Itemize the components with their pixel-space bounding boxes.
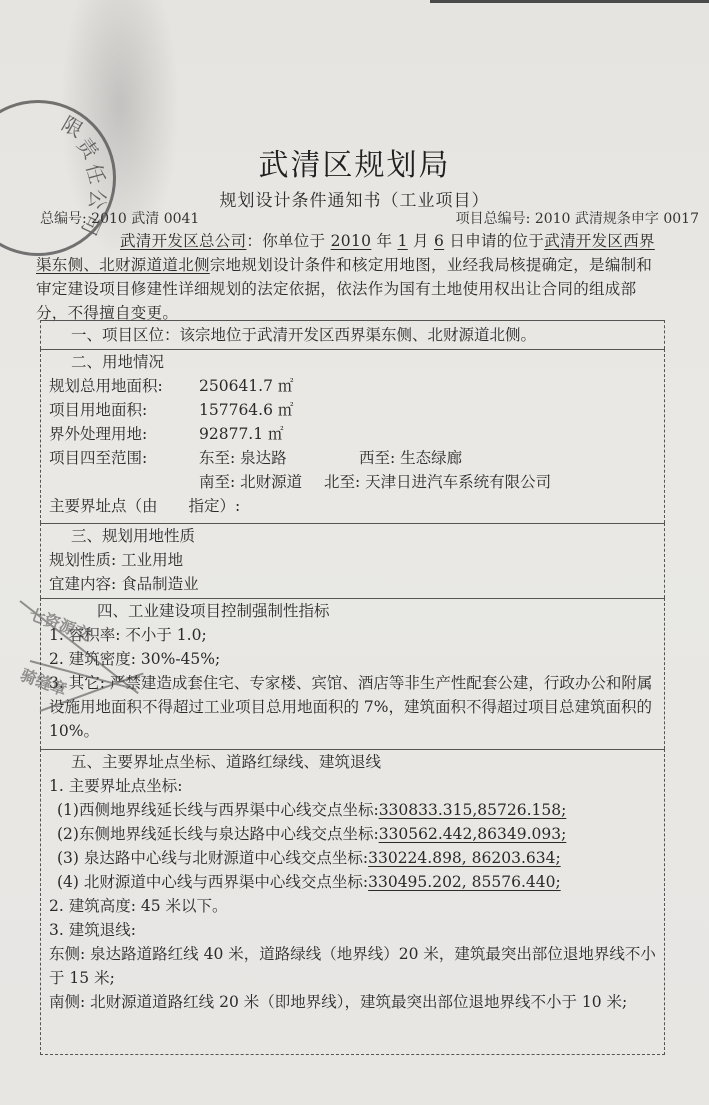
intro-text: 日申请的位于 bbox=[444, 232, 544, 250]
bounds-row: 南至: 北财源道北至: 天津日进汽车系统有限公司 bbox=[49, 470, 664, 494]
boundary-points-label: 主要界址点（由 指定）: bbox=[49, 494, 664, 518]
section-land-nature-heading: 三、规划用地性质 bbox=[49, 524, 664, 548]
bounds-row: 项目四至范围:东至: 泉达路西至: 生态绿廊 bbox=[49, 446, 664, 470]
document-page: 武清区规划局 规划设计条件通知书（工业项目） 总编号: 2010 武清 0041… bbox=[0, 0, 709, 1105]
project-number-value: 2010 武清规条申字 0017 bbox=[535, 211, 699, 227]
bound-south: 南至: 北财源道 bbox=[199, 470, 324, 494]
setback-south: 南侧: 北财源道道路红线 20 米（即地界线），建筑最突出部位退地界线不小于 1… bbox=[49, 990, 664, 1014]
intro-text: 年 bbox=[371, 232, 397, 250]
coordinate-row: (2)东侧地界线延长线与泉达路中心线交点坐标:330562.442,86349.… bbox=[49, 822, 664, 846]
bound-north: 北至: 天津日进汽车系统有限公司 bbox=[324, 470, 551, 494]
land-row: 项目用地面积:157764.6 ㎡ bbox=[49, 398, 664, 422]
land-label: 项目用地面积: bbox=[49, 398, 199, 422]
coordinate-label: (1)西侧地界线延长线与西界渠中心线交点坐标: bbox=[57, 798, 379, 822]
coordinate-label: (4) 北财源道中心线与西界渠中心线交点坐标: bbox=[57, 870, 368, 894]
build-content: 宜建内容: 食品制造业 bbox=[49, 572, 664, 596]
recipient: 武清开发区总公司 bbox=[78, 232, 246, 250]
coordinates-subheading: 1. 主要界址点坐标: bbox=[49, 774, 664, 798]
intro-paragraph: 武清开发区总公司：你单位于 2010 年 1 月 6 日申请的位于武清开发区西界… bbox=[36, 229, 660, 325]
section-location: 一、项目区位：该宗地位于武清开发区西界渠东侧、北财源道北侧。 bbox=[40, 320, 665, 349]
seam-seal-stamp: 七资源交 骑缝章 bbox=[20, 600, 150, 710]
land-label: 规划总用地面积: bbox=[49, 374, 199, 398]
section-coordinates: 五、主要界址点坐标、道路红绿线、建筑退线 1. 主要界址点坐标: (1)西侧地界… bbox=[40, 749, 665, 1055]
land-label: 界外处理用地: bbox=[49, 422, 199, 446]
apply-day: 6 bbox=[434, 232, 444, 250]
general-number-value: 2010 武清 0041 bbox=[91, 211, 199, 227]
land-row: 界外处理用地:92877.1 ㎡ bbox=[49, 422, 664, 446]
bounds-label: 项目四至范围: bbox=[49, 446, 199, 470]
setback-east: 东侧: 泉达路道路红线 40 米，道路绿线（地界线）20 米，建筑最突出部位退地… bbox=[49, 942, 664, 990]
coordinate-value: 330224.898, 86203.634; bbox=[368, 846, 561, 870]
section-land-nature: 三、规划用地性质 规划性质: 工业用地 宜建内容: 食品制造业 bbox=[40, 523, 665, 598]
coordinate-row: (3) 泉达路中心线与北财源道中心线交点坐标:330224.898, 86203… bbox=[49, 846, 664, 870]
project-number: 项目总编号: 2010 武清规条申字 0017 bbox=[456, 208, 699, 228]
building-height: 2. 建筑高度: 45 米以下。 bbox=[49, 894, 664, 918]
land-value: 250641.7 ㎡ bbox=[199, 374, 293, 398]
coordinate-label: (3) 泉达路中心线与北财源道中心线交点坐标: bbox=[57, 846, 368, 870]
bound-west: 西至: 生态绿廊 bbox=[359, 446, 462, 470]
section-land-use-heading: 二、用地情况 bbox=[49, 350, 664, 374]
section-location-text: 一、项目区位：该宗地位于武清开发区西界渠东侧、北财源道北侧。 bbox=[49, 326, 536, 344]
coordinate-row: (4) 北财源道中心线与西界渠中心线交点坐标:330495.202, 85576… bbox=[49, 870, 664, 894]
section-land-use: 二、用地情况 规划总用地面积:250641.7 ㎡ 项目用地面积:157764.… bbox=[40, 349, 665, 523]
project-number-label: 项目总编号: bbox=[456, 211, 531, 227]
general-number: 总编号: 2010 武清 0041 bbox=[40, 208, 199, 228]
land-value: 92877.1 ㎡ bbox=[199, 422, 284, 446]
land-row: 规划总用地面积:250641.7 ㎡ bbox=[49, 374, 664, 398]
setback-subheading: 3. 建筑退线: bbox=[49, 918, 664, 942]
intro-text: 月 bbox=[408, 232, 434, 250]
bound-east: 东至: 泉达路 bbox=[199, 446, 359, 470]
coordinate-value: 330495.202, 85576.440; bbox=[368, 870, 561, 894]
land-nature: 规划性质: 工业用地 bbox=[49, 548, 664, 572]
coordinate-value: 330833.315,85726.158; bbox=[379, 798, 567, 822]
apply-month: 1 bbox=[398, 232, 408, 250]
intro-text: ：你单位于 bbox=[246, 232, 330, 250]
location-b: 北财源道道北侧 bbox=[99, 256, 210, 274]
issuer-title: 武清区规划局 bbox=[0, 140, 709, 184]
coordinate-label: (2)东侧地界线延长线与泉达路中心线交点坐标: bbox=[57, 822, 379, 846]
general-number-label: 总编号: bbox=[40, 211, 87, 227]
coordinate-value: 330562.442,86349.093; bbox=[379, 822, 567, 846]
coordinate-row: (1)西侧地界线延长线与西界渠中心线交点坐标:330833.315,85726.… bbox=[49, 798, 664, 822]
apply-year: 2010 bbox=[331, 232, 372, 250]
land-value: 157764.6 ㎡ bbox=[199, 398, 293, 422]
section-coordinates-heading: 五、主要界址点坐标、道路红绿线、建筑退线 bbox=[49, 750, 664, 774]
